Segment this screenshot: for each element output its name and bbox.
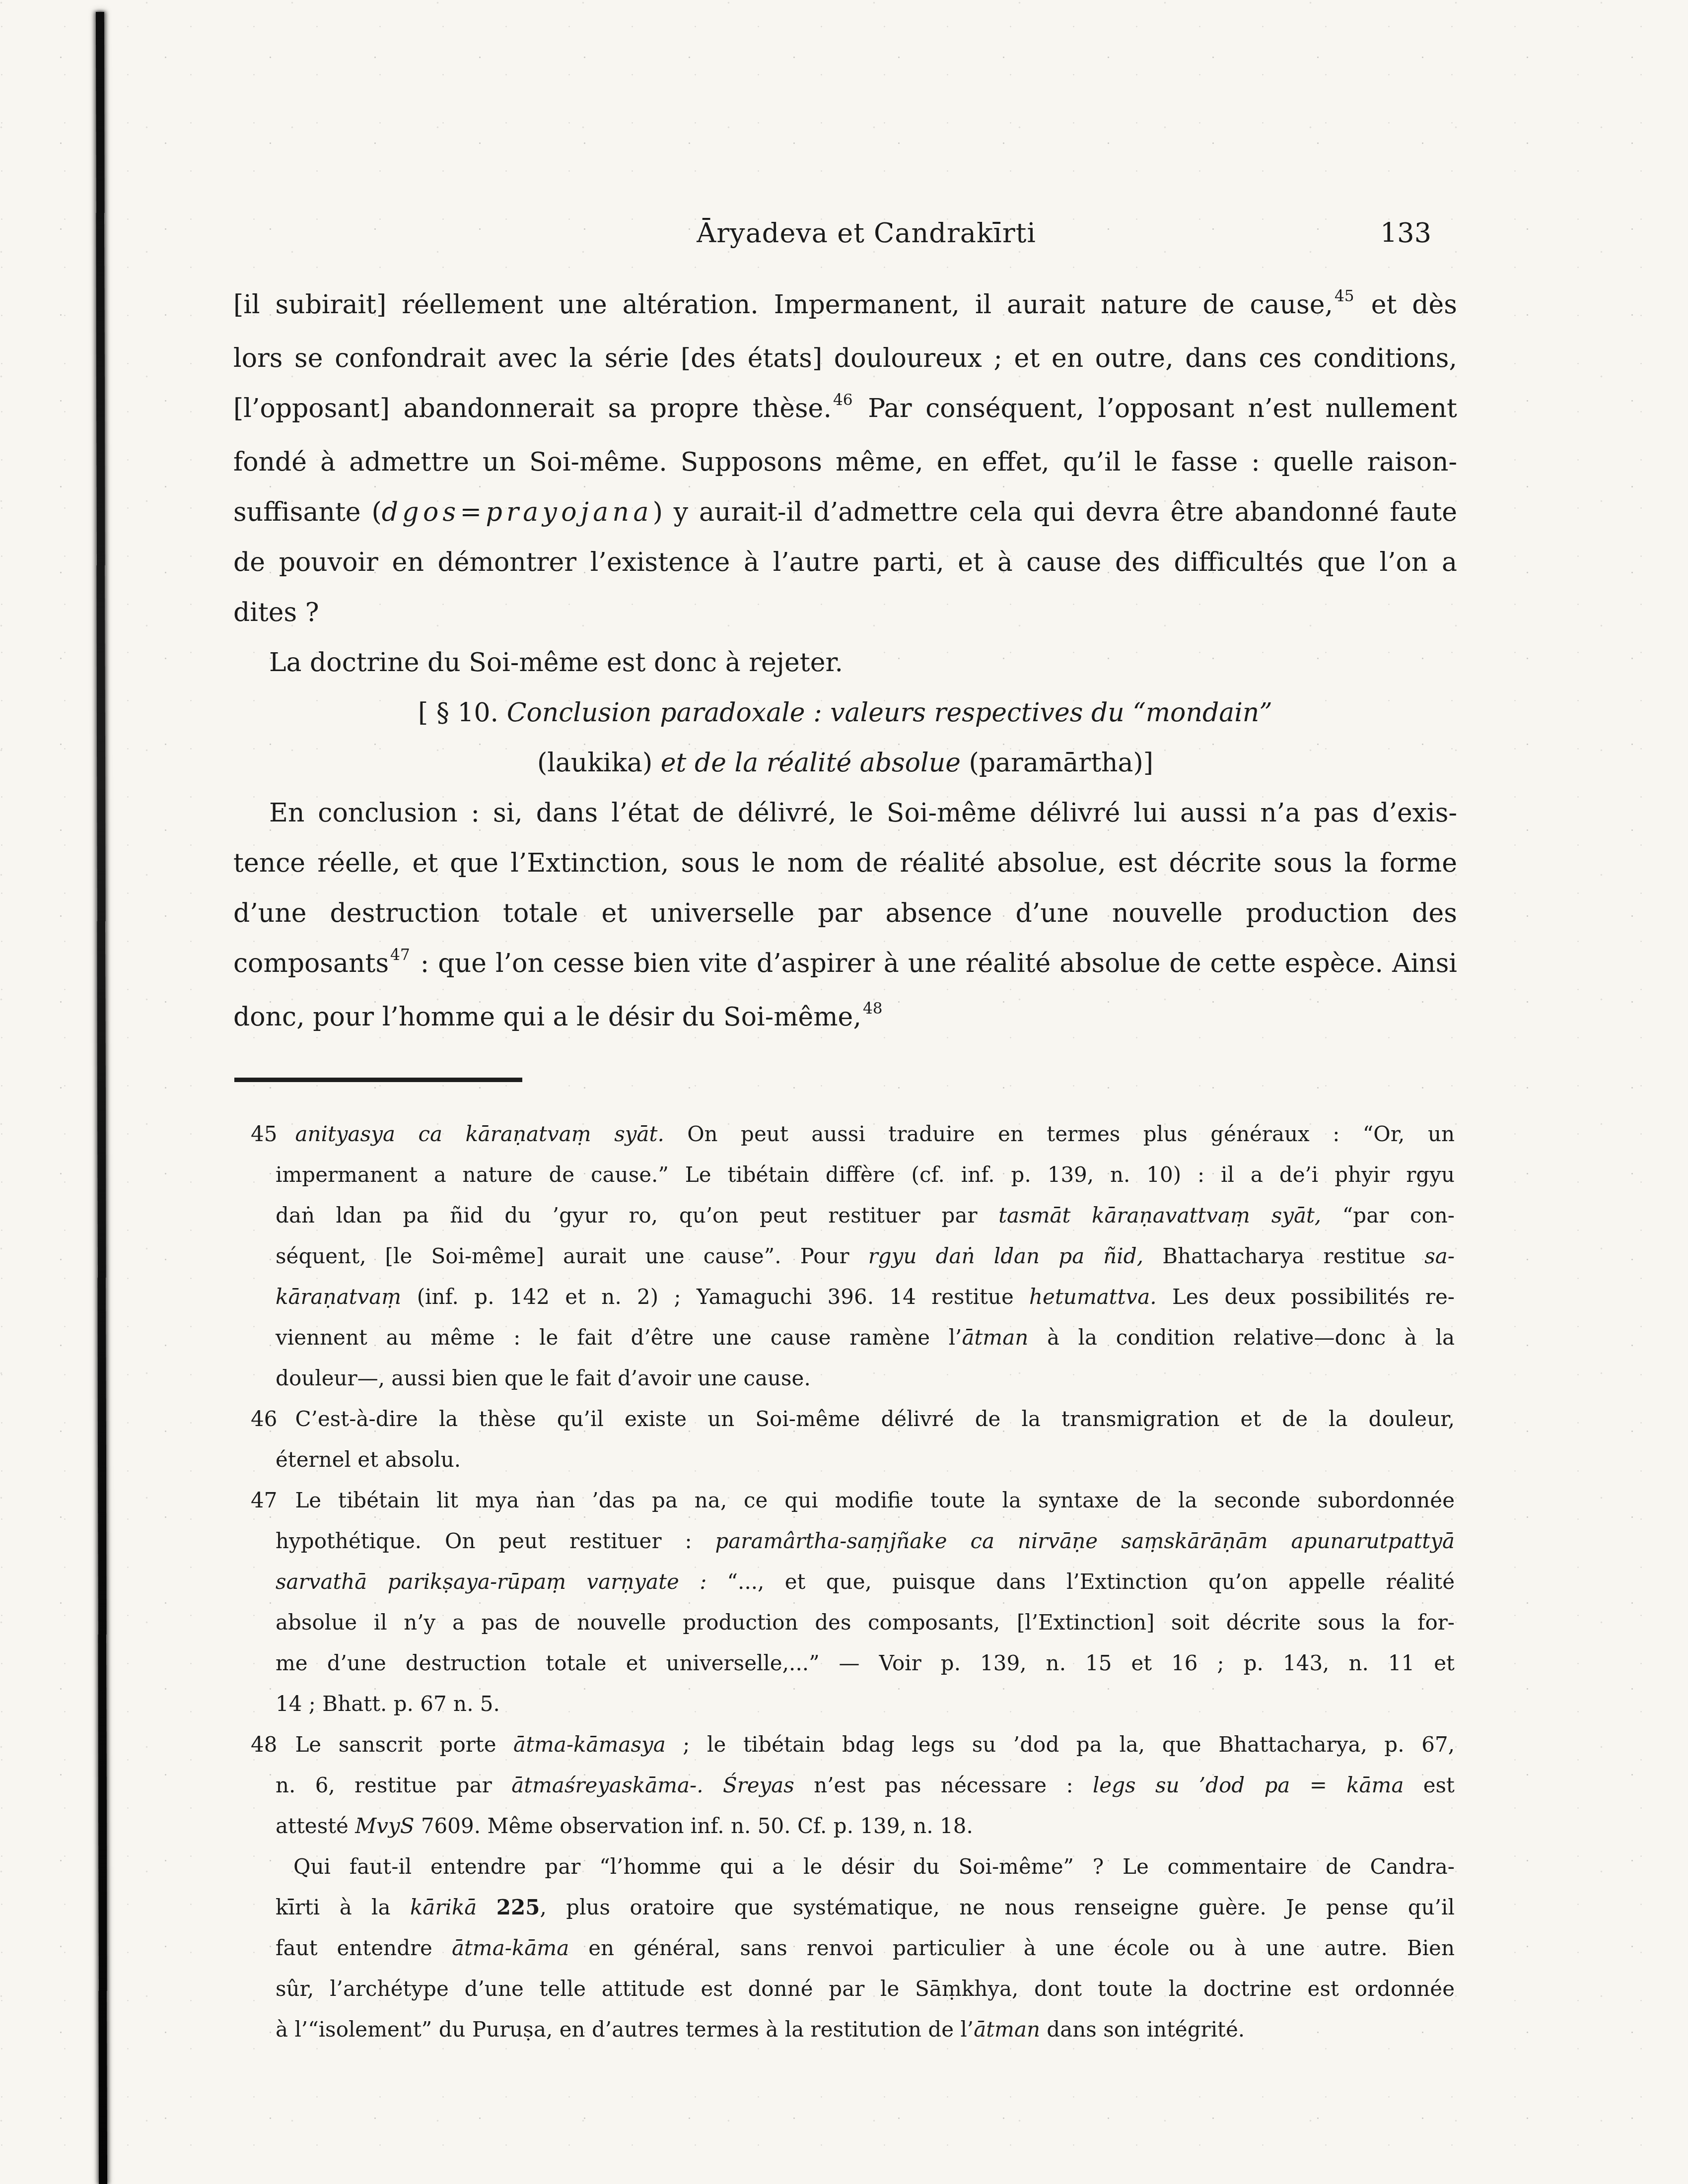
text-segment: anityasya ca kāraṇatvaṃ syāt.	[295, 1122, 664, 1146]
text-segment: hetumattva.	[1029, 1285, 1157, 1309]
text-segment: éternel et absolu.	[276, 1447, 461, 1472]
footnote-number: 45	[251, 1114, 277, 1155]
text-segment: fondé à admettre un Soi-même. Supposons …	[233, 447, 1457, 477]
text-segment: composants	[233, 949, 389, 978]
text-segment: tasmāt kāraṇavattvaṃ syāt,	[998, 1203, 1321, 1228]
text-segment: MvyS	[355, 1814, 414, 1838]
text-line: impermanent a nature de cause.” Le tibét…	[276, 1155, 1455, 1195]
text-line: [ § 10. Conclusion paradoxale : valeurs …	[233, 688, 1457, 738]
page-header: Āryadeva et Candrakīrti 133	[233, 217, 1457, 252]
text-line: lors se confondrait avec la série [des é…	[233, 334, 1457, 384]
text-line: fondé à admettre un Soi-même. Supposons …	[233, 437, 1457, 487]
text-segment: daṅ ldan pa ñid du ’gyur ro, qu’on peut …	[276, 1203, 998, 1228]
text-line: [l’opposant] abandonnerait sa propre thè…	[233, 384, 1457, 437]
text-segment: C’est-à-dire la thèse qu’il existe un So…	[295, 1407, 1455, 1431]
text-segment: et de la réalité absolue	[661, 748, 969, 778]
text-line: 46C’est-à-dire la thèse qu’il existe un …	[251, 1399, 1455, 1439]
text-line: faut entendre ātma-kāma en général, sans…	[276, 1928, 1455, 1969]
text-line: La doctrine du Soi-même est donc à rejet…	[233, 638, 1457, 688]
text-segment: hypothétique. On peut restituer :	[276, 1529, 715, 1553]
text-segment: ; le tibétain bdag legs su ’dod pa la, q…	[666, 1732, 1455, 1757]
footnote-number: 46	[251, 1399, 277, 1439]
footnote-separator	[234, 1078, 522, 1082]
text-segment: 7609. Même observation inf. n. 50. Cf. p…	[415, 1814, 973, 1838]
text-line: absolue il n’y a pas de nouvelle product…	[276, 1602, 1455, 1643]
text-line: hypothétique. On peut restituer : paramâ…	[276, 1521, 1455, 1562]
text-segment: kīrti à la	[276, 1895, 410, 1919]
footnotes: 45anityasya ca kāraṇatvaṃ syāt. On peut …	[276, 1114, 1455, 2050]
body-text: [il subirait] réellement une altération.…	[233, 280, 1457, 1046]
text-segment: Le sanscrit porte	[295, 1732, 513, 1757]
text-segment: me d’une destruction totale et universel…	[276, 1651, 1455, 1675]
footnote-number: 47	[251, 1480, 277, 1521]
text-segment	[477, 1895, 496, 1919]
text-segment: viennent au même : le fait d’être une ca…	[276, 1325, 962, 1350]
text-segment: (inf. p. 142 et n. 2) ; Yamaguchi 396. 1…	[401, 1285, 1029, 1309]
text-line: sûr, l’archétype d’une telle attitude es…	[276, 1969, 1455, 2009]
running-title: Āryadeva et Candrakīrti	[233, 217, 1457, 249]
text-line: composants47 : que l’on cesse bien vite …	[233, 939, 1457, 992]
scanned-page: Āryadeva et Candrakīrti 133 [il subirait…	[0, 0, 1688, 2184]
text-segment: : que l’on cesse bien vite d’aspirer à u…	[412, 949, 1457, 978]
text-segment: donc, pour l’homme qui a le désir du Soi…	[233, 1002, 861, 1032]
text-line: 48Le sanscrit porte ātma-kāmasya ; le ti…	[251, 1724, 1455, 1765]
text-segment: tence réelle, et que l’Extinction, sous …	[233, 848, 1457, 878]
text-segment: ātmaśreyaskāma-. Śreyas	[511, 1773, 794, 1797]
text-segment: dgos=prayojana	[382, 497, 653, 527]
text-line: 45anityasya ca kāraṇatvaṃ syāt. On peut …	[251, 1114, 1455, 1155]
text-segment: lors se confondrait avec la série [des é…	[233, 343, 1457, 373]
text-segment: absolue il n’y a pas de nouvelle product…	[276, 1610, 1455, 1635]
text-line: En conclusion : si, dans l’état de déliv…	[233, 788, 1457, 838]
text-segment: est	[1404, 1773, 1455, 1797]
text-line: de pouvoir en démontrer l’existence à l’…	[233, 538, 1457, 588]
text-line: d’une destruction totale et universelle …	[233, 888, 1457, 939]
text-segment: n. 6, restitue par	[276, 1773, 511, 1797]
text-line: sarvathā parikṣaya-rūpaṃ varṇyate : “...…	[276, 1562, 1455, 1602]
text-line: douleur—, aussi bien que le fait d’avoir…	[276, 1358, 1455, 1399]
text-segment: 14 ; Bhatt. p. 67 n. 5.	[276, 1692, 500, 1716]
text-segment: de pouvoir en démontrer l’existence à l’…	[233, 547, 1457, 577]
text-segment: [il subirait] réellement une altération.…	[233, 290, 1333, 320]
text-segment: impermanent a nature de cause.” Le tibét…	[276, 1162, 1455, 1187]
text-segment: rgyu daṅ ldan pa ñid,	[868, 1244, 1143, 1268]
text-segment: séquent, [le Soi-même] aurait une cause”…	[276, 1244, 868, 1268]
text-segment: (paramārtha)]	[969, 748, 1154, 778]
text-segment: Les deux possibilités re-	[1157, 1285, 1455, 1309]
text-segment: sûr, l’archétype d’une telle attitude es…	[276, 1977, 1455, 2001]
text-segment: d’une destruction totale et universelle …	[233, 898, 1457, 928]
text-line: viennent au même : le fait d’être une ca…	[276, 1317, 1455, 1358]
text-segment: La doctrine du Soi-même est donc à rejet…	[269, 648, 843, 678]
text-segment: [l’opposant] abandonnerait sa propre thè…	[233, 394, 832, 423]
text-line: me d’une destruction totale et universel…	[276, 1643, 1455, 1684]
text-line: 47Le tibétain lit mya ṅan ’das pa na, ce…	[251, 1480, 1455, 1521]
text-segment: sa-	[1424, 1244, 1455, 1268]
footnote-ref: 47	[390, 946, 410, 964]
text-segment: kāraṇatvaṃ	[276, 1285, 401, 1309]
text-line: (laukika) et de la réalité absolue (para…	[233, 738, 1457, 788]
text-segment: Conclusion paradoxale : valeurs respecti…	[507, 698, 1272, 728]
footnote-ref: 48	[863, 1000, 883, 1018]
text-segment: attesté	[276, 1814, 355, 1838]
text-segment: et dès	[1356, 290, 1457, 320]
text-segment: , plus oratoire que systématique, ne nou…	[540, 1895, 1455, 1919]
text-segment: dites ?	[233, 598, 319, 627]
text-segment: faut entendre	[276, 1936, 452, 1960]
text-segment: Bhattacharya restitue	[1143, 1244, 1424, 1268]
text-segment: dans son intégrité.	[1040, 2017, 1245, 2042]
text-line: [il subirait] réellement une altération.…	[233, 280, 1457, 334]
text-line: attesté MvyS 7609. Même observation inf.…	[276, 1806, 1455, 1846]
text-segment: kārikā	[410, 1895, 477, 1919]
text-line: kāraṇatvaṃ (inf. p. 142 et n. 2) ; Yamag…	[276, 1277, 1455, 1317]
text-segment: [ § 10.	[418, 698, 507, 728]
text-line: à l’“isolement” du Puruṣa, en d’autres t…	[276, 2009, 1455, 2050]
text-segment: sarvathā parikṣaya-rūpaṃ varṇyate :	[276, 1570, 706, 1594]
text-segment: n’est pas nécessare :	[794, 1773, 1093, 1797]
text-segment: Qui faut-il entendre par “l’homme qui a …	[293, 1854, 1455, 1879]
text-segment: On peut aussi traduire en termes plus gé…	[664, 1122, 1455, 1146]
page-number: 133	[1380, 217, 1431, 249]
text-line: dites ?	[233, 588, 1457, 638]
footnote-number: 48	[251, 1724, 277, 1765]
text-segment: à la condition relative—donc à la	[1028, 1325, 1455, 1350]
footnote-ref: 46	[833, 391, 853, 409]
text-line: 14 ; Bhatt. p. 67 n. 5.	[276, 1684, 1455, 1724]
text-line: kīrti à la kārikā 225, plus oratoire que…	[276, 1887, 1455, 1928]
text-line: daṅ ldan pa ñid du ’gyur ro, qu’on peut …	[276, 1195, 1455, 1236]
text-segment: ātma-kāmasya	[513, 1732, 666, 1757]
text-segment: 225	[496, 1895, 540, 1919]
footnote-ref: 45	[1335, 287, 1354, 305]
text-segment: ātman	[974, 2017, 1040, 2042]
text-line: séquent, [le Soi-même] aurait une cause”…	[276, 1236, 1455, 1277]
text-segment: ātman	[962, 1325, 1028, 1350]
text-segment: suffisante (	[233, 497, 382, 527]
text-segment: (laukika)	[537, 748, 661, 778]
text-line: éternel et absolu.	[276, 1439, 1455, 1480]
text-segment: paramârtha-saṃjñake ca nirvāṇe saṃskārāṇ…	[715, 1529, 1455, 1553]
text-segment: En conclusion : si, dans l’état de déliv…	[269, 798, 1457, 828]
text-segment: Par conséquent, l’opposant n’est nulleme…	[854, 394, 1457, 423]
text-segment: Le tibétain lit mya ṅan ’das pa na, ce q…	[295, 1488, 1455, 1512]
text-line: n. 6, restitue par ātmaśreyaskāma-. Śrey…	[276, 1765, 1455, 1806]
text-segment: “..., et que, puisque dans l’Extinction …	[706, 1570, 1455, 1594]
text-segment: en général, sans renvoi particulier à un…	[569, 1936, 1455, 1960]
text-segment: “par con-	[1321, 1203, 1455, 1228]
text-segment: à l’“isolement” du Puruṣa, en d’autres t…	[276, 2017, 974, 2042]
text-line: donc, pour l’homme qui a le désir du Soi…	[233, 992, 1457, 1046]
text-line: suffisante (dgos=prayojana) y aurait-il …	[233, 487, 1457, 538]
text-line: Qui faut-il entendre par “l’homme qui a …	[276, 1846, 1455, 1887]
text-line: tence réelle, et que l’Extinction, sous …	[233, 838, 1457, 888]
text-segment: ātma-kāma	[452, 1936, 569, 1960]
text-segment: douleur—, aussi bien que le fait d’avoir…	[276, 1366, 811, 1390]
binding-shadow	[96, 12, 107, 2184]
text-segment: legs su ’dod pa = kāma	[1093, 1773, 1404, 1797]
text-segment: ) y aurait-il d’admettre cela qui devra …	[653, 497, 1457, 527]
